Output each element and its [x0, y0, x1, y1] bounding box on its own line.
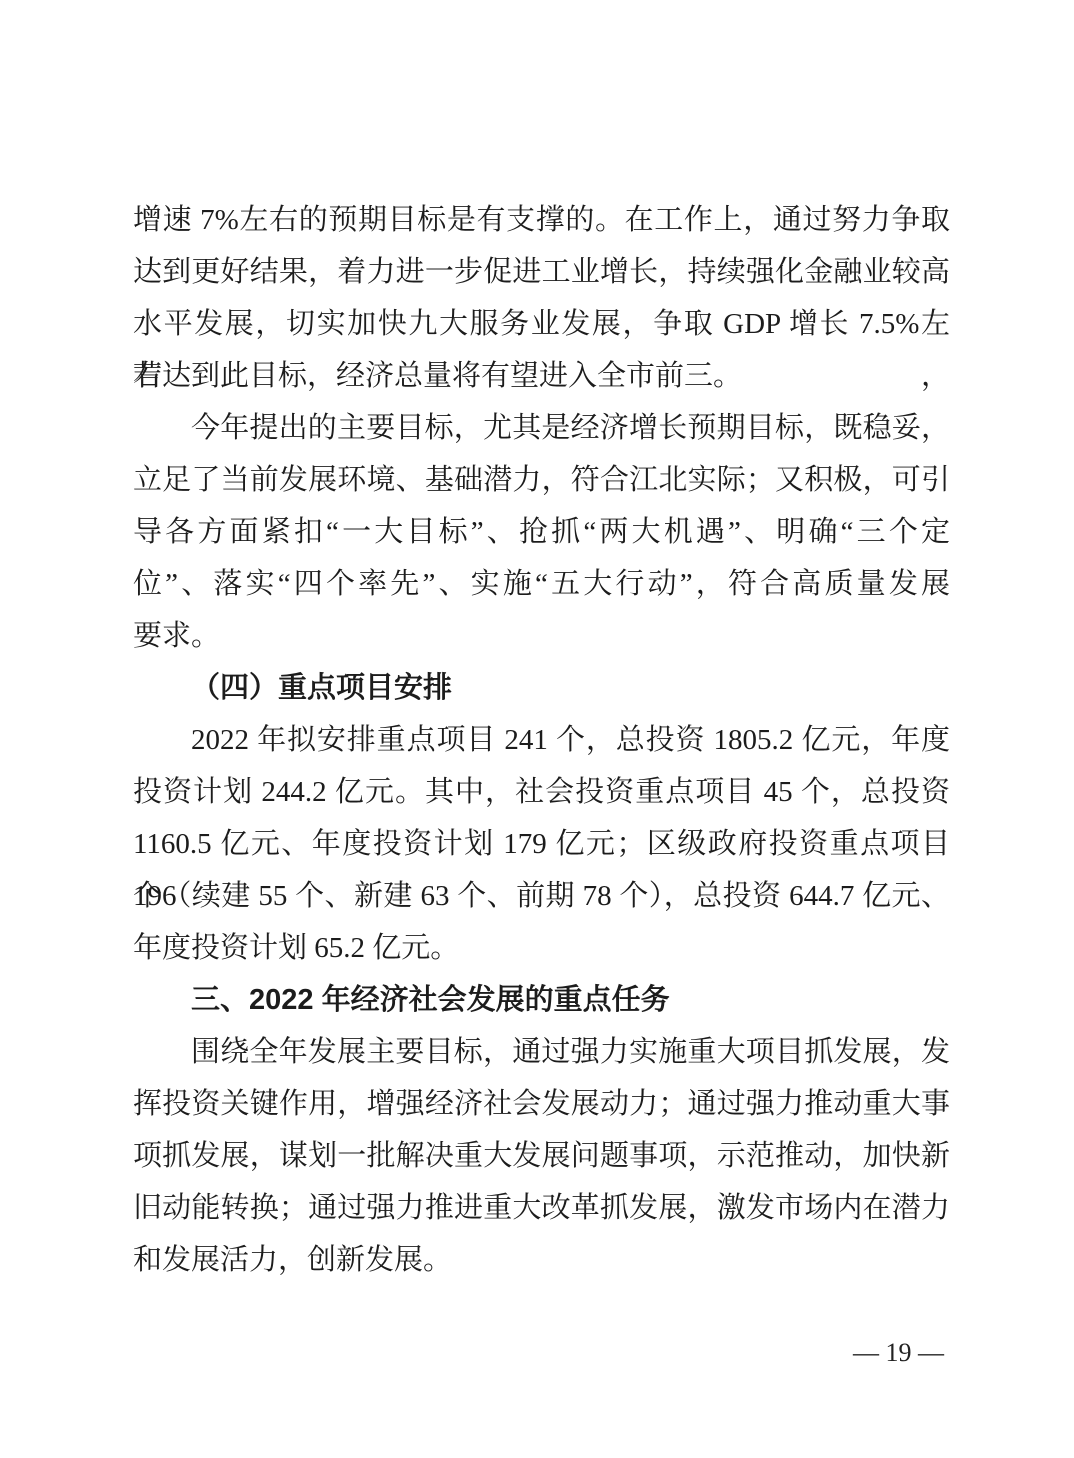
paragraph: 围绕全年发展主要目标，通过强力实施重大项目抓发展，发 挥投资关键作用，增强经济社…: [133, 1026, 950, 1286]
text-line: 2022 年拟安排重点项目 241 个，总投资 1805.2 亿元，年度: [133, 714, 950, 766]
text-line: 增速 7%左右的预期目标是有支撑的。在工作上，通过努力争取: [133, 194, 950, 246]
text-line: 挥投资关键作用，增强经济社会发展动力；通过强力推动重大事: [133, 1078, 950, 1130]
paragraph: 今年提出的主要目标，尤其是经济增长预期目标，既稳妥， 立足了当前发展环境、基础潜…: [133, 402, 950, 662]
text-line: 1160.5 亿元、年度投资计划 179 亿元；区级政府投资重点项目 196: [133, 818, 950, 870]
text-line: 围绕全年发展主要目标，通过强力实施重大项目抓发展，发: [133, 1026, 950, 1078]
paragraph: 增速 7%左右的预期目标是有支撑的。在工作上，通过努力争取 达到更好结果，着力进…: [133, 194, 950, 402]
text-line: 个（续建 55 个、新建 63 个、前期 78 个），总投资 644.7 亿元、: [133, 870, 950, 922]
text-line: 位”、落实“四个率先”、实施“五大行动”，符合高质量发展: [133, 558, 950, 610]
text-line: 项抓发展，谋划一批解决重大发展问题事项，示范推动，加快新: [133, 1130, 950, 1182]
text-line: 和发展活力，创新发展。: [133, 1234, 950, 1286]
text-line: 导各方面紧扣“一大目标”、抢抓“两大机遇”、明确“三个定: [133, 506, 950, 558]
text-line: 今年提出的主要目标，尤其是经济增长预期目标，既稳妥，: [133, 402, 950, 454]
text-line: 年度投资计划 65.2 亿元。: [133, 922, 950, 974]
section-heading-three: 三、2022 年经济社会发展的重点任务: [133, 974, 950, 1026]
document-page: 增速 7%左右的预期目标是有支撑的。在工作上，通过努力争取 达到更好结果，着力进…: [0, 0, 1074, 1458]
text-line: 水平发展，切实加快九大服务业发展，争取 GDP 增长 7.5%左右，: [133, 298, 950, 350]
text-line: 立足了当前发展环境、基础潜力，符合江北实际；又积极，可引: [133, 454, 950, 506]
text-line: 达到更好结果，着力进一步促进工业增长，持续强化金融业较高: [133, 246, 950, 298]
section-heading-four: （四）重点项目安排: [133, 662, 950, 714]
paragraph: 2022 年拟安排重点项目 241 个，总投资 1805.2 亿元，年度 投资计…: [133, 714, 950, 974]
text-line: 投资计划 244.2 亿元。其中，社会投资重点项目 45 个，总投资: [133, 766, 950, 818]
page-body-text: 增速 7%左右的预期目标是有支撑的。在工作上，通过努力争取 达到更好结果，着力进…: [133, 194, 950, 1286]
page-number: — 19 —: [133, 1336, 950, 1370]
text-line: 要求。: [133, 610, 950, 662]
text-line: 旧动能转换；通过强力推进重大改革抓发展，激发市场内在潜力: [133, 1182, 950, 1234]
